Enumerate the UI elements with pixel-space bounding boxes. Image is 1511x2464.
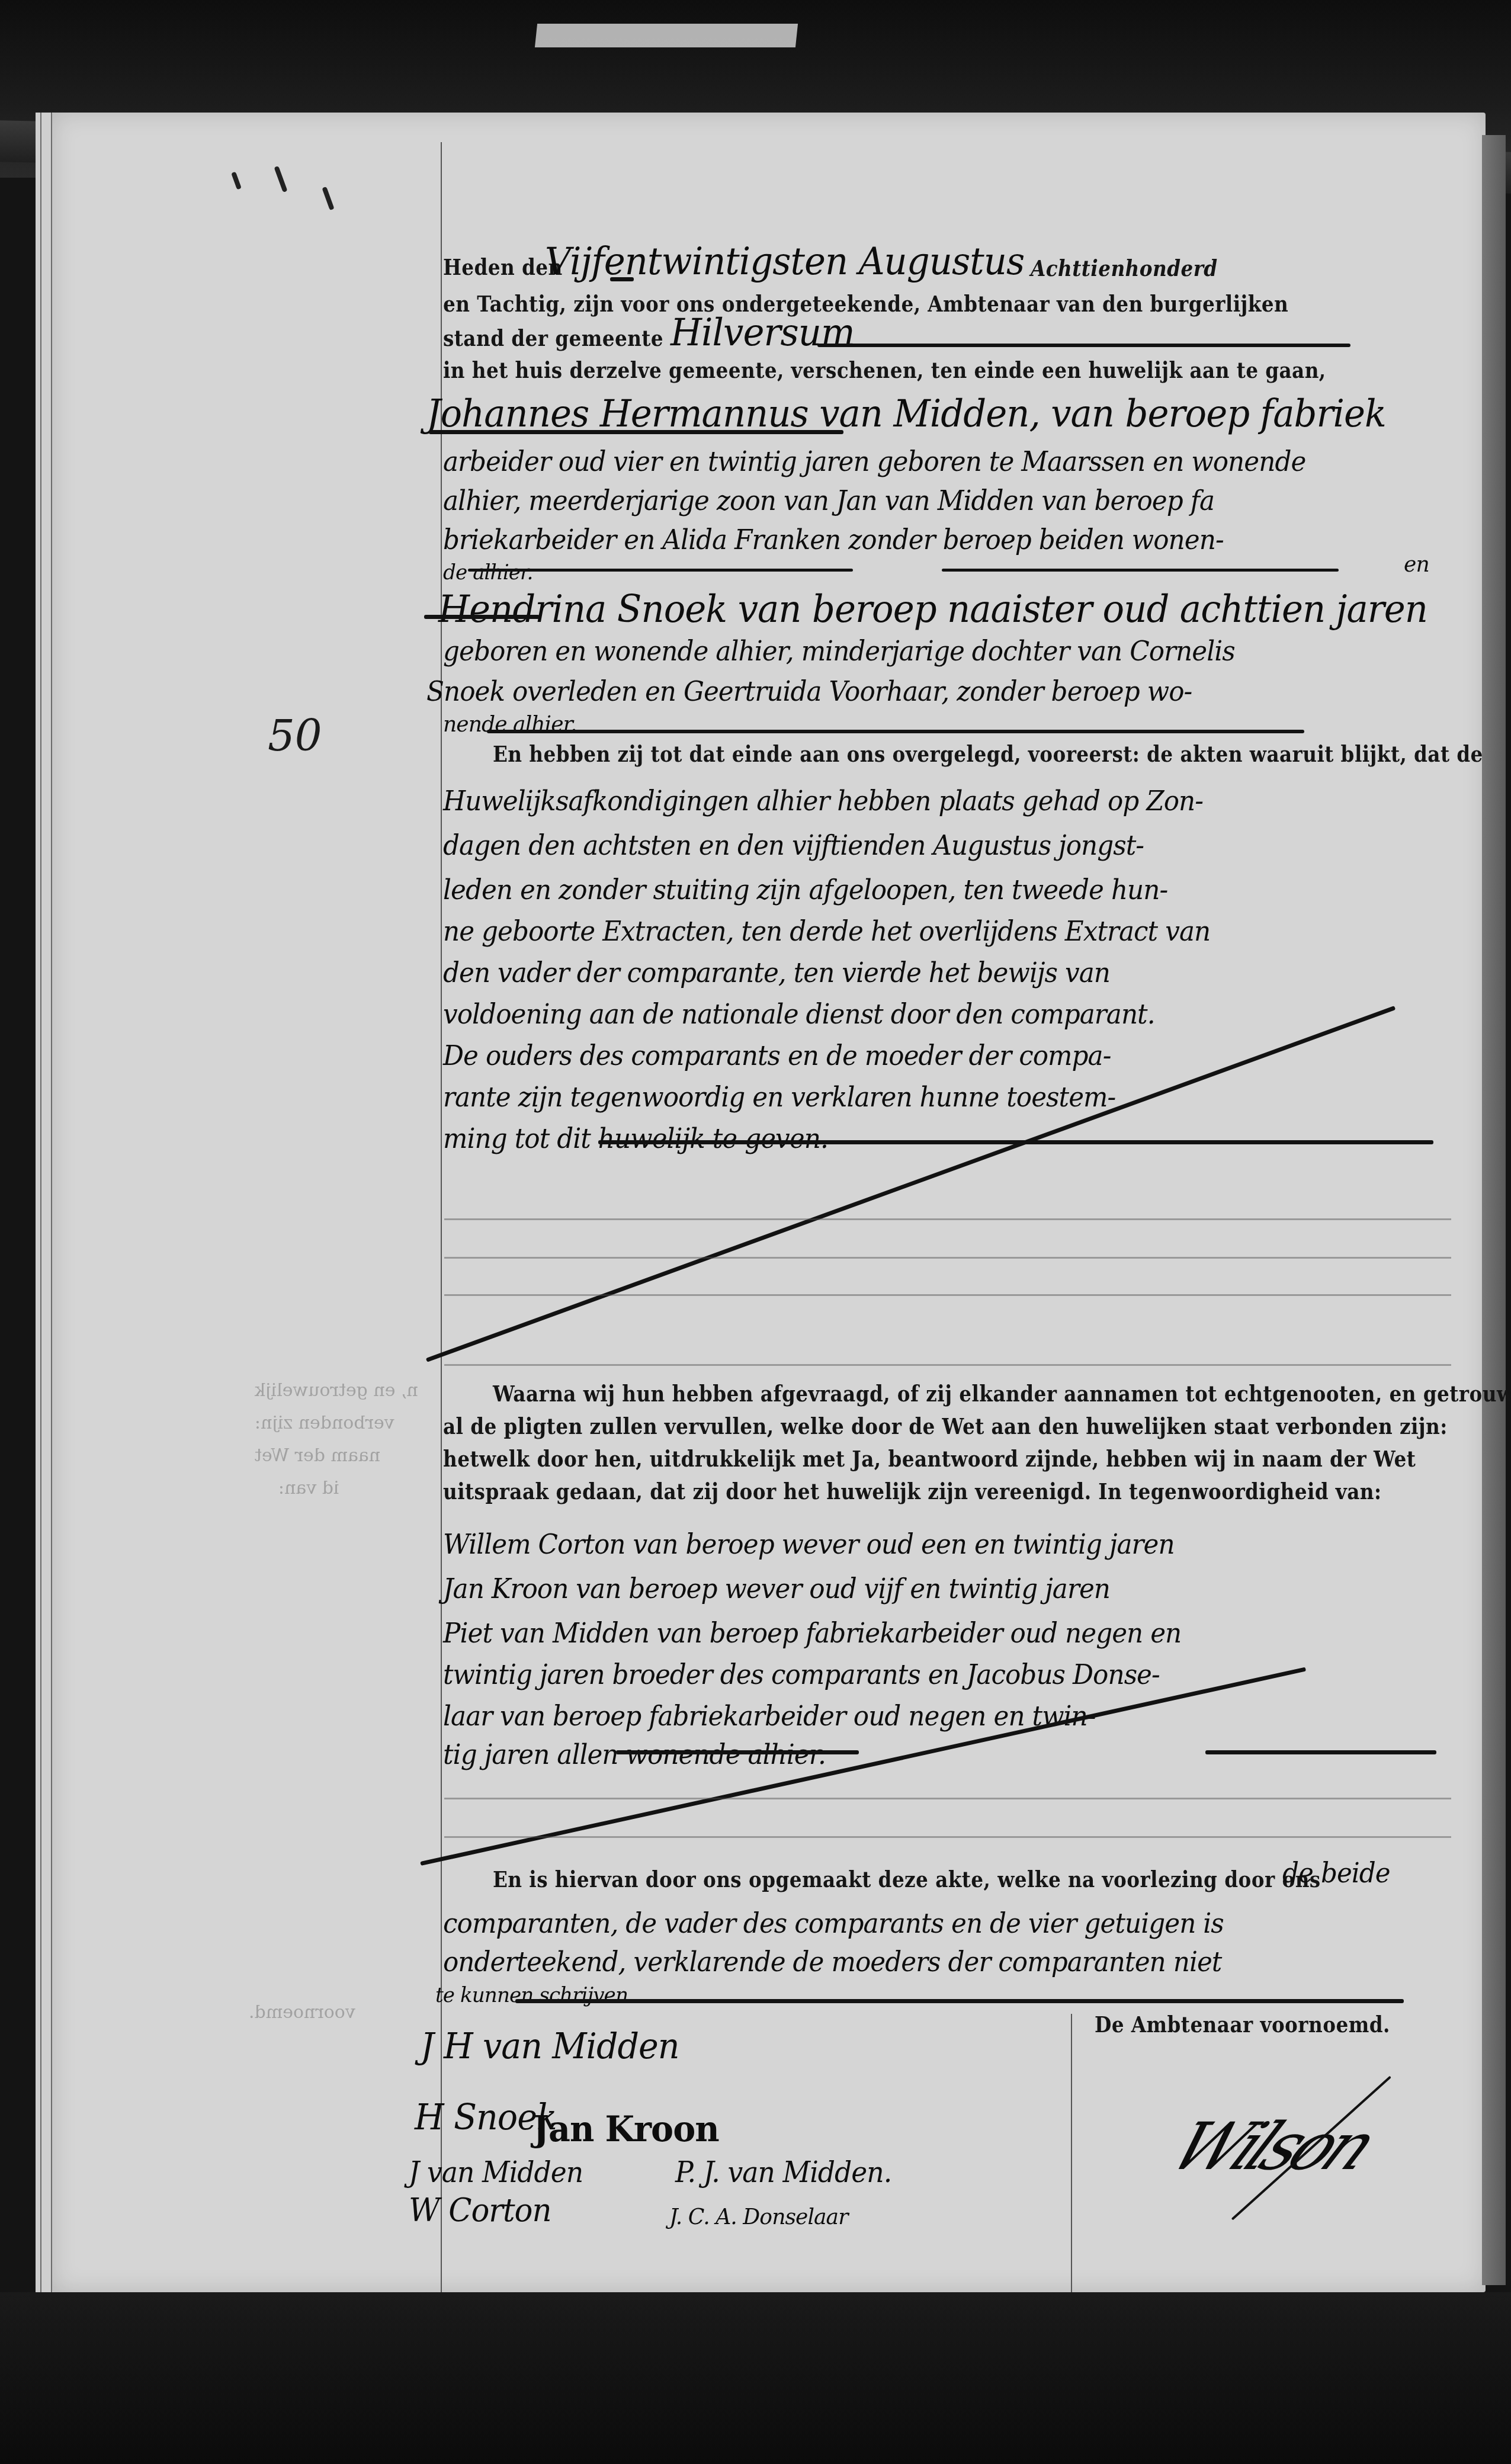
bleed-through-text: verbonden zijn:: [255, 1413, 394, 1433]
printed-line2: en Tachtig, zijn voor ons ondergeteekend…: [443, 290, 1288, 317]
printed-stand-der-gemeente: stand der gemeente: [443, 325, 663, 351]
groom-line: arbeider oud vier en twintig jaren gebor…: [443, 445, 1305, 477]
witness-fill-line: [1205, 1750, 1436, 1754]
documents-line: ming tot dit huwelijk te geven.: [443, 1122, 828, 1154]
bride-line: Hendrina Snoek van beroep naaister oud a…: [438, 588, 1427, 631]
signature-witness-van-midden: P. J. van Midden.: [675, 2156, 891, 2189]
printed-paragraph3: Waarna wij hun hebben afgevraagd, of zij…: [493, 1380, 1511, 1407]
date-underline: [610, 277, 634, 281]
bride-line: Snoek overleden en Geertruida Voorhaar, …: [426, 675, 1192, 707]
bleed-through-text: n, en getrouwelijk: [255, 1380, 418, 1401]
documents-line: dagen den achtsten en den vijftienden Au…: [443, 829, 1144, 861]
documents-line: Huwelijksafkondigingen alhier hebben pla…: [443, 785, 1203, 817]
closing-fill-line: [515, 1999, 1404, 2003]
signature-column-rule: [1071, 2014, 1072, 2292]
groom-line: alhier, meerderjarige zoon van Jan van M…: [443, 485, 1214, 516]
groom-line: Johannes Hermannus van Midden, van beroe…: [426, 392, 1386, 436]
printed-paragraph3: uitspraak gedaan, dat zij door het huwel…: [443, 1478, 1382, 1504]
signature-witness-kroon: Jan Kroon: [533, 2109, 719, 2150]
signature-witness-corton: W Corton: [409, 2192, 551, 2229]
printed-achttienhonderd: Achttienhonderd: [1031, 255, 1218, 281]
printed-line4: in het huis derzelve gemeente, verschene…: [443, 357, 1326, 383]
margin-rule: [441, 142, 442, 2292]
witness-fill-line: [616, 1750, 859, 1754]
printed-paragraph3: hetwelk door hen, uitdrukkelijk met Ja, …: [443, 1445, 1416, 1472]
printed-paragraph3: al de pligten zullen vervullen, welke do…: [443, 1413, 1448, 1439]
signature-groom: J H van Midden: [421, 2026, 679, 2067]
ruled-line: [444, 1294, 1451, 1296]
ruled-line: [444, 1364, 1451, 1366]
bleed-through-text: id van:: [278, 1478, 339, 1499]
right-binding-edge: [1482, 135, 1506, 2285]
bride-line: geboren en wonende alhier, minderjarige …: [443, 635, 1235, 667]
ruled-line: [444, 1257, 1451, 1259]
margin-record-number: 50: [268, 711, 322, 761]
witness-line: tig jaren allen wonende alhier.: [443, 1738, 826, 1770]
closing-line: de beide: [1282, 1857, 1390, 1889]
bleed-through-text: naam der Wet: [255, 1445, 380, 1466]
groom-line: briekarbeider en Alida Franken zonder be…: [443, 524, 1224, 556]
bride-fill-line: [487, 730, 1304, 733]
printed-paragraph4: En is hiervan door ons opgemaakt deze ak…: [493, 1866, 1321, 1892]
ruled-line: [444, 1836, 1451, 1838]
ruled-line: [444, 1218, 1451, 1220]
documents-line: voldoening aan de nationale dienst door …: [443, 998, 1155, 1030]
signature-witness-donselaar: J. C. A. Donselaar: [669, 2203, 848, 2229]
witness-line: Willem Corton van beroep wever oud een e…: [443, 1528, 1175, 1560]
witness-line: Piet van Midden van beroep fabriekarbeid…: [443, 1617, 1181, 1649]
groom-fill-line: [942, 569, 1339, 572]
documents-line: den vader der comparante, ten vierde het…: [443, 957, 1110, 989]
groom-name-underline: [429, 430, 843, 434]
official-label: De Ambtenaar voornoemd.: [1095, 2011, 1390, 2038]
connector-en: en: [1404, 551, 1429, 577]
documents-line: rante zijn tegenwoordig en verklaren hun…: [443, 1081, 1115, 1113]
witness-line: laar van beroep fabriekarbeider oud nege…: [443, 1700, 1096, 1732]
handwritten-municipality: Hilversum: [671, 311, 855, 355]
documents-line: De ouders des comparants en de moeder de…: [443, 1039, 1111, 1071]
documents-line: ne geboorte Extracten, ten derde het ove…: [443, 915, 1210, 947]
documents-line: leden en zonder stuiting zijn afgeloopen…: [443, 874, 1167, 906]
witness-line: Jan Kroon van beroep wever oud vijf en t…: [443, 1573, 1110, 1605]
bleed-through-text: voornoemd.: [249, 2002, 355, 2023]
closing-line: comparanten, de vader des comparants en …: [443, 1907, 1224, 1939]
bride-name-underline: [424, 615, 540, 619]
printed-paragraph2: En hebben zij tot dat einde aan ons over…: [493, 740, 1483, 767]
ruled-line: [444, 1798, 1451, 1799]
groom-fill-line: [468, 569, 853, 572]
municipality-fill-line: [817, 344, 1350, 347]
archive-tag: [535, 24, 798, 47]
witness-line: twintig jaren broeder des comparants en …: [443, 1658, 1160, 1690]
signature-father: J van Midden: [409, 2156, 583, 2189]
closing-line: onderteekend, verklarende de moeders der…: [443, 1946, 1221, 1978]
scan-bottom-band: [0, 2292, 1511, 2464]
closing-line: te kunnen schrijven.: [435, 1983, 634, 2007]
groom-line: de alhier.: [443, 560, 533, 585]
